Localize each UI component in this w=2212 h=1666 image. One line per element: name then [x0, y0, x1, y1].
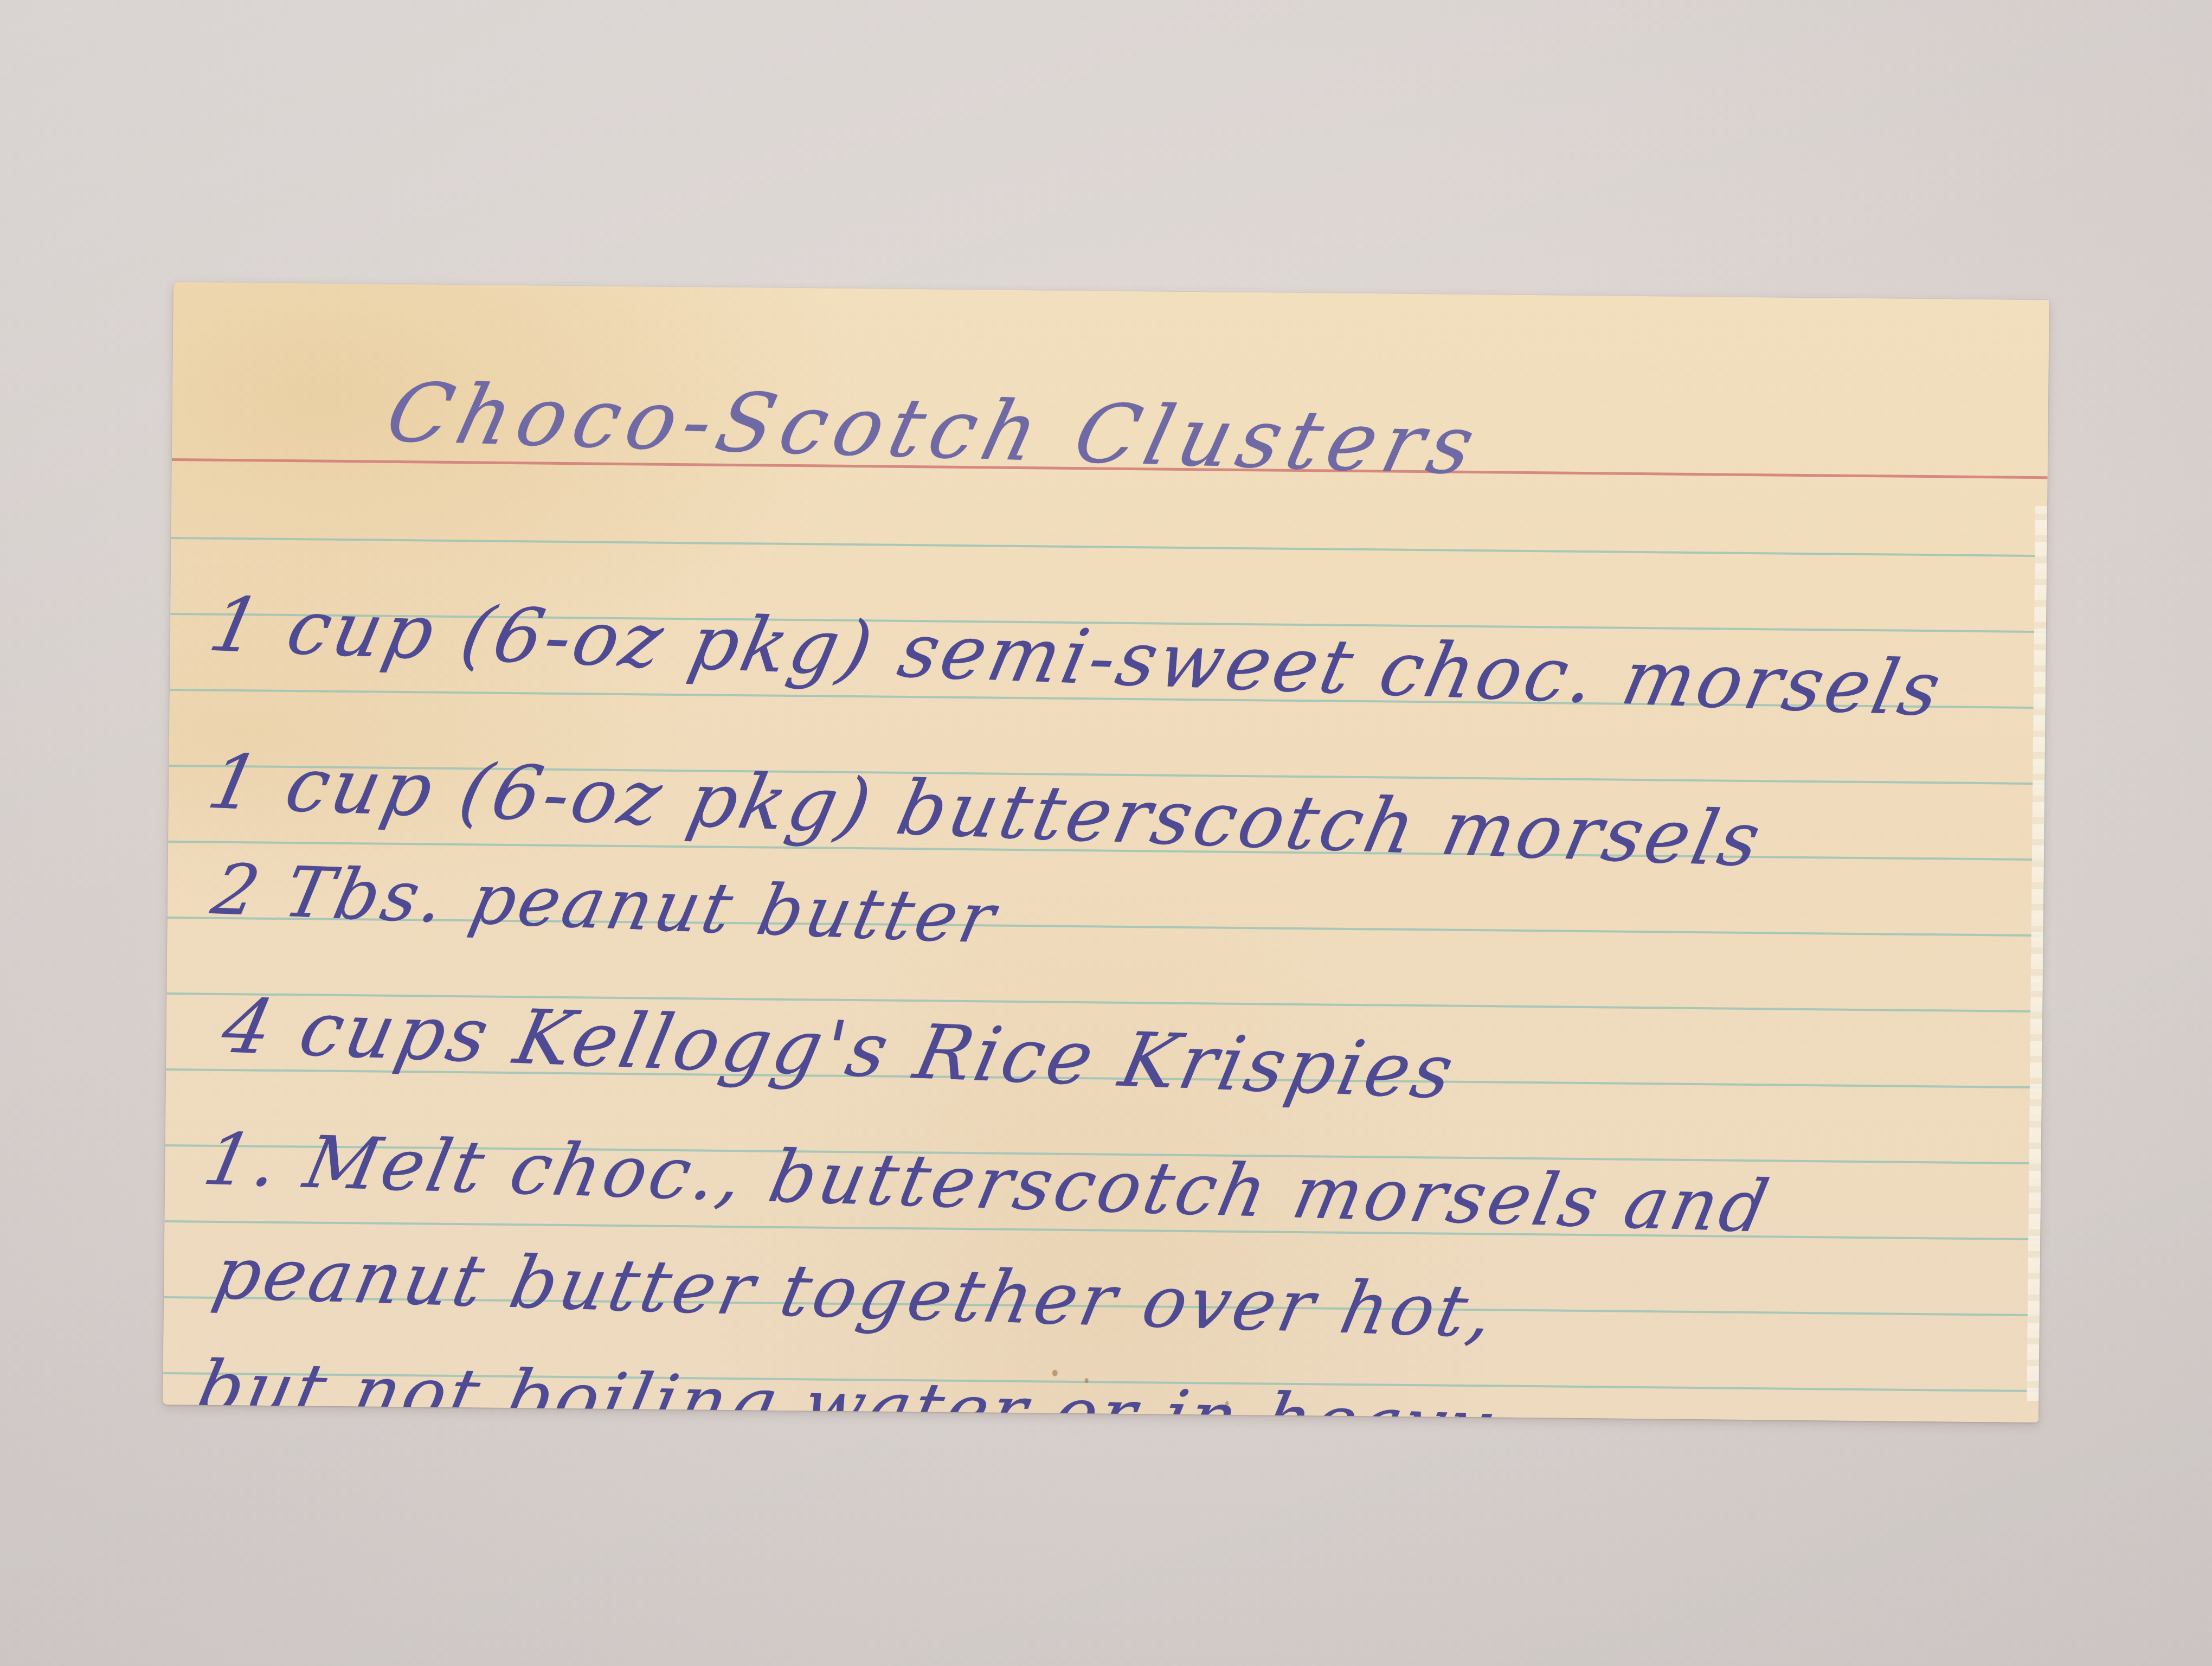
age-spot	[1225, 1401, 1229, 1406]
worn-card-edge	[2027, 506, 2047, 1401]
ingredient-line: 4 cups Kellogg's Rice Krispies	[215, 982, 1464, 1116]
age-spot	[1052, 1370, 1058, 1376]
age-spot	[1085, 1378, 1089, 1383]
ingredient-line: 1 cup (6-oz pkg) semi-sweet choc. morsel…	[202, 581, 1951, 733]
direction-line: peanut butter together over hot,	[207, 1232, 1504, 1354]
recipe-title: Choco-Scotch Clusters	[378, 366, 1491, 493]
ingredient-line: 2 Tbs. peanut butter	[205, 849, 1005, 959]
direction-line: but not boiling water or in heavy	[190, 1345, 1501, 1422]
body-rule	[171, 537, 2047, 557]
recipe-card: Choco-Scotch Clusters 1 cup (6-oz pkg) s…	[163, 282, 2049, 1422]
